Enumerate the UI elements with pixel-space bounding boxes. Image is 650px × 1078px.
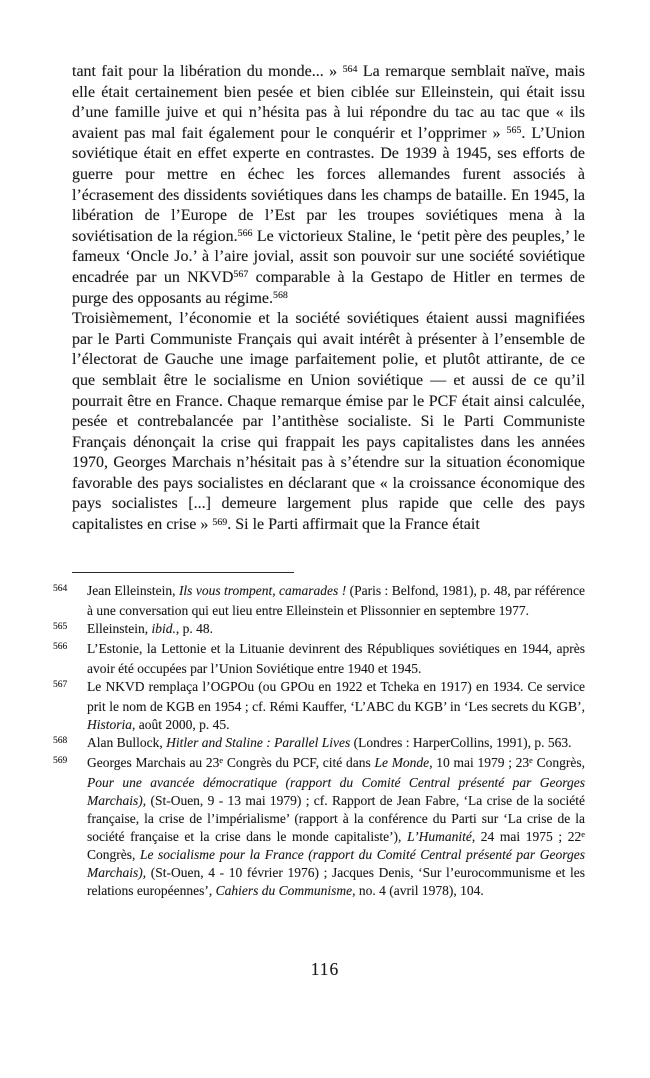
footnote-item: 569Georges Marchais au 23e Congrès du PC… xyxy=(53,754,585,900)
footnote-item: 567Le NKVD remplaça l’OGPOu (ou GPOu en … xyxy=(53,678,585,734)
text-run: Georges Marchais au 23 xyxy=(87,755,219,770)
text-run: Le NKVD remplaça l’OGPOu (ou GPOu en 192… xyxy=(87,679,585,714)
footnote-ref: 568 xyxy=(273,290,288,301)
text-run: . Si le Parti affirmait que la France ét… xyxy=(227,516,480,533)
text-run: tant fait pour la libération du monde...… xyxy=(72,63,343,80)
text-run: Congrès du PCF, cité dans xyxy=(223,755,374,770)
footnote-number: 566 xyxy=(53,638,87,656)
footnote-number: 564 xyxy=(53,580,87,598)
text-run: Le Monde xyxy=(374,755,429,770)
footnote-ref: 567 xyxy=(233,269,248,280)
footnote-ref: 564 xyxy=(343,64,358,75)
text-run: Jean Elleinstein, xyxy=(87,583,179,598)
text-run: Troisièmement, l’économie et la société … xyxy=(72,310,585,533)
footnote-text: Le NKVD remplaça l’OGPOu (ou GPOu en 192… xyxy=(87,679,585,732)
text-run: Ils vous trompent, camarades ! xyxy=(179,583,346,598)
footnote-ref: 566 xyxy=(238,228,253,239)
footnote-text: Georges Marchais au 23e Congrès du PCF, … xyxy=(87,755,585,898)
text-run: , no. 4 (avril 1978), 104. xyxy=(352,883,484,898)
footnote-item: 565Elleinstein, ibid., p. 48. xyxy=(53,620,585,640)
paragraph-2: Troisièmement, l’économie et la société … xyxy=(72,309,585,536)
text-run: (Londres : HarperCollins, 1991), p. 563. xyxy=(350,735,571,750)
footnote-separator xyxy=(72,572,294,573)
footnote-item: 568Alan Bullock, Hitler and Staline : Pa… xyxy=(53,734,585,754)
footnote-ref: e xyxy=(529,756,533,765)
page-number: 116 xyxy=(0,959,650,980)
text-run: , 10 mai 1979 ; 23 xyxy=(429,755,529,770)
text-run: Congrès, xyxy=(87,847,140,862)
text-run: L’Humanité xyxy=(407,829,472,844)
footnote-ref: 569 xyxy=(212,517,227,528)
document-page: tant fait pour la libération du monde...… xyxy=(0,0,650,1078)
text-run: Congrès, xyxy=(533,755,585,770)
footnote-number: 568 xyxy=(53,732,87,750)
text-run: . L’Union soviétique était en effet expe… xyxy=(72,125,585,245)
text-run: L’Estonie, la Lettonie et la Lituanie de… xyxy=(87,641,585,676)
text-run: ibid. xyxy=(152,621,176,636)
footnote-item: 564Jean Elleinstein, Ils vous trompent, … xyxy=(53,582,585,620)
body-text: tant fait pour la libération du monde...… xyxy=(72,62,585,536)
footnote-number: 569 xyxy=(53,752,87,770)
footnote-text: Elleinstein, ibid., p. 48. xyxy=(87,621,213,636)
footnote-ref: 565 xyxy=(507,125,522,136)
footnote-number: 565 xyxy=(53,618,87,636)
paragraph-1: tant fait pour la libération du monde...… xyxy=(72,62,585,309)
footnotes-section: 564Jean Elleinstein, Ils vous trompent, … xyxy=(53,582,585,900)
footnote-item: 566L’Estonie, la Lettonie et la Lituanie… xyxy=(53,640,585,678)
text-run: Cahiers du Communisme xyxy=(216,883,353,898)
footnote-text: L’Estonie, la Lettonie et la Lituanie de… xyxy=(87,641,585,676)
text-run: Elleinstein, xyxy=(87,621,152,636)
text-run: Historia xyxy=(87,717,132,732)
text-run: , 24 mai 1975 ; 22 xyxy=(472,829,581,844)
footnote-ref: e xyxy=(219,756,223,765)
text-run: , août 2000, p. 45. xyxy=(132,717,230,732)
footnote-text: Jean Elleinstein, Ils vous trompent, cam… xyxy=(87,583,585,618)
footnote-text: Alan Bullock, Hitler and Staline : Paral… xyxy=(87,735,571,750)
text-run: Hitler and Staline : Parallel Lives xyxy=(166,735,350,750)
text-run: Alan Bullock, xyxy=(87,735,166,750)
footnote-ref: e xyxy=(581,830,585,839)
text-run: , p. 48. xyxy=(176,621,213,636)
footnote-number: 567 xyxy=(53,676,87,694)
